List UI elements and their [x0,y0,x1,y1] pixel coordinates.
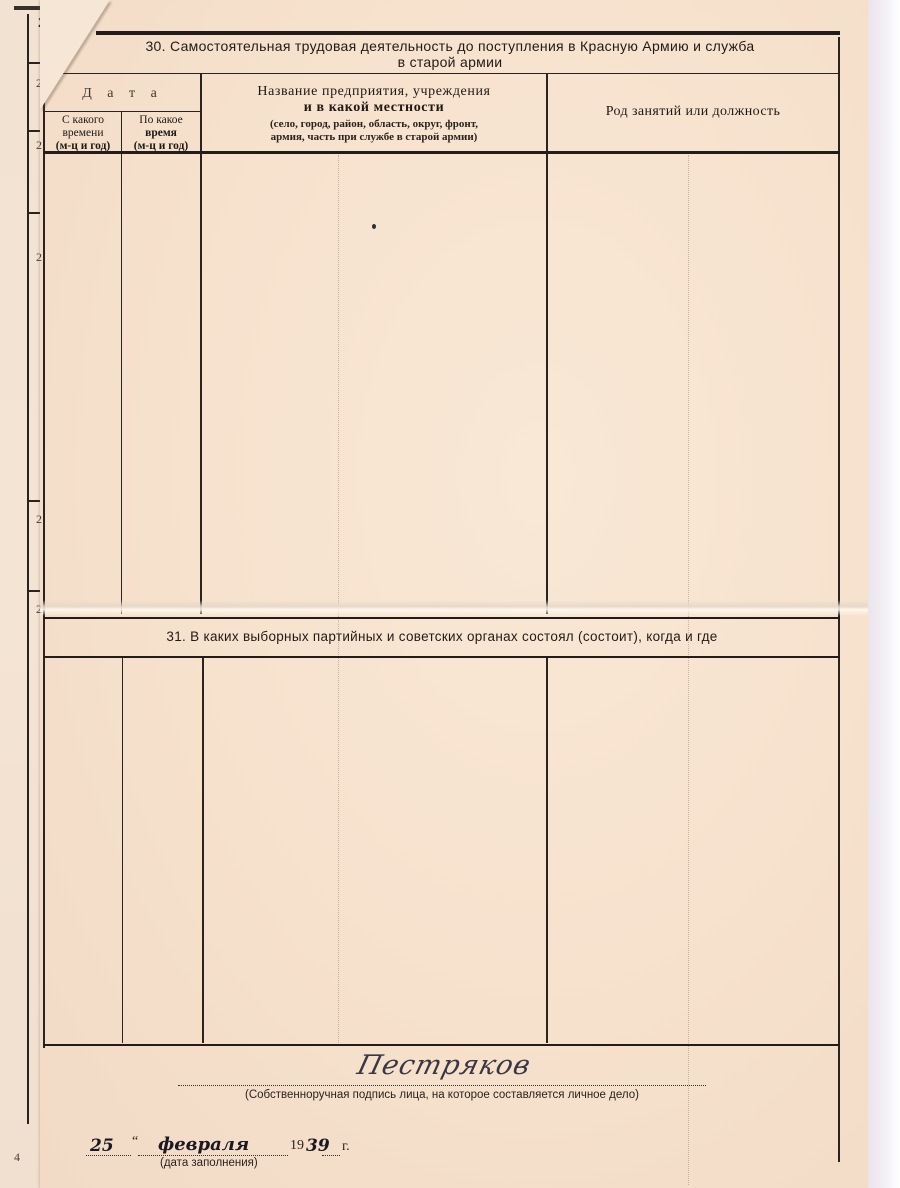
organization-header-line: Название предприятия, учреждения [202,84,546,100]
section-31-title: 31. В каких выборных партийных и советск… [44,629,840,645]
section-31-to-cell[interactable] [123,660,201,1042]
section-30-from-cell[interactable] [45,155,121,610]
fill-date-year-unit: г. [342,1139,350,1155]
underlying-row-number: 4 [14,1150,20,1165]
fill-date-month: февраля [158,1134,249,1155]
section-31-top-rule [44,617,840,619]
scan-margin [868,0,900,1188]
section-30-title: 30. Самостоятельная трудовая деятельност… [80,38,820,70]
fill-date-year-suffix: 39 [306,1136,330,1156]
section-31-header-bottom-rule [44,656,840,658]
from-date-header-line: времени [45,127,121,140]
fill-date-day-line[interactable] [86,1155,131,1156]
from-date-header-line: С какого [45,114,121,127]
folded-page-corner [40,0,110,110]
fold-crease [40,600,868,616]
section-30-title-line-2: в старой армии [80,54,820,70]
section-30-top-rule [96,31,840,35]
ink-spot [372,224,376,229]
fill-date-month-line[interactable] [138,1155,288,1156]
organization-header-note: армия, часть при службе в старой армии) [202,131,546,144]
section-31-position-cell[interactable] [548,660,838,1042]
organization-header: Название предприятия, учреждения и в как… [202,84,546,144]
from-date-header-line: (м-ц и год) [45,140,121,153]
organization-header-note: (село, город, район, область, округ, фро… [202,118,546,131]
underlying-row-number: 2 [36,138,42,153]
to-date-header: По какое время (м-ц и год) [122,114,200,153]
from-date-header: С какого времени (м-ц и год) [45,114,121,153]
underlying-row-number: 2 [36,250,42,265]
fill-date-day: 25 [90,1136,114,1156]
handwritten-signature: Пестряков [354,1050,534,1081]
signature-caption: (Собственноручная подпись лица, на котор… [178,1089,706,1101]
occupation-header: Род занятий или должность [548,104,838,120]
to-date-header-line: время [122,127,200,140]
section-30-to-cell[interactable] [122,155,200,610]
underlying-row-number: 2 [36,512,42,527]
fill-date-year-line[interactable] [322,1155,340,1156]
section-30-occupation-cell[interactable] [548,155,838,610]
section-31-organization-cell[interactable] [204,660,546,1042]
fill-date-year-prefix: 19 [290,1138,304,1154]
date-group-underline [44,111,201,112]
section-30-title-line-1: 30. Самостоятельная трудовая деятельност… [80,38,820,54]
organization-header-line: и в какой местности [202,100,546,116]
signature-line[interactable] [178,1085,706,1086]
to-date-header-line: По какое [122,114,200,127]
underlying-left-border [27,14,29,1124]
to-date-header-line: (м-ц и год) [122,140,200,153]
section-31-from-cell[interactable] [45,660,121,1042]
fill-date-open-quote: “ [132,1134,138,1150]
fill-date-caption: (дата заполнения) [160,1157,258,1169]
section-30-header-top-line [44,73,840,74]
table-bottom-rule [44,1044,840,1046]
